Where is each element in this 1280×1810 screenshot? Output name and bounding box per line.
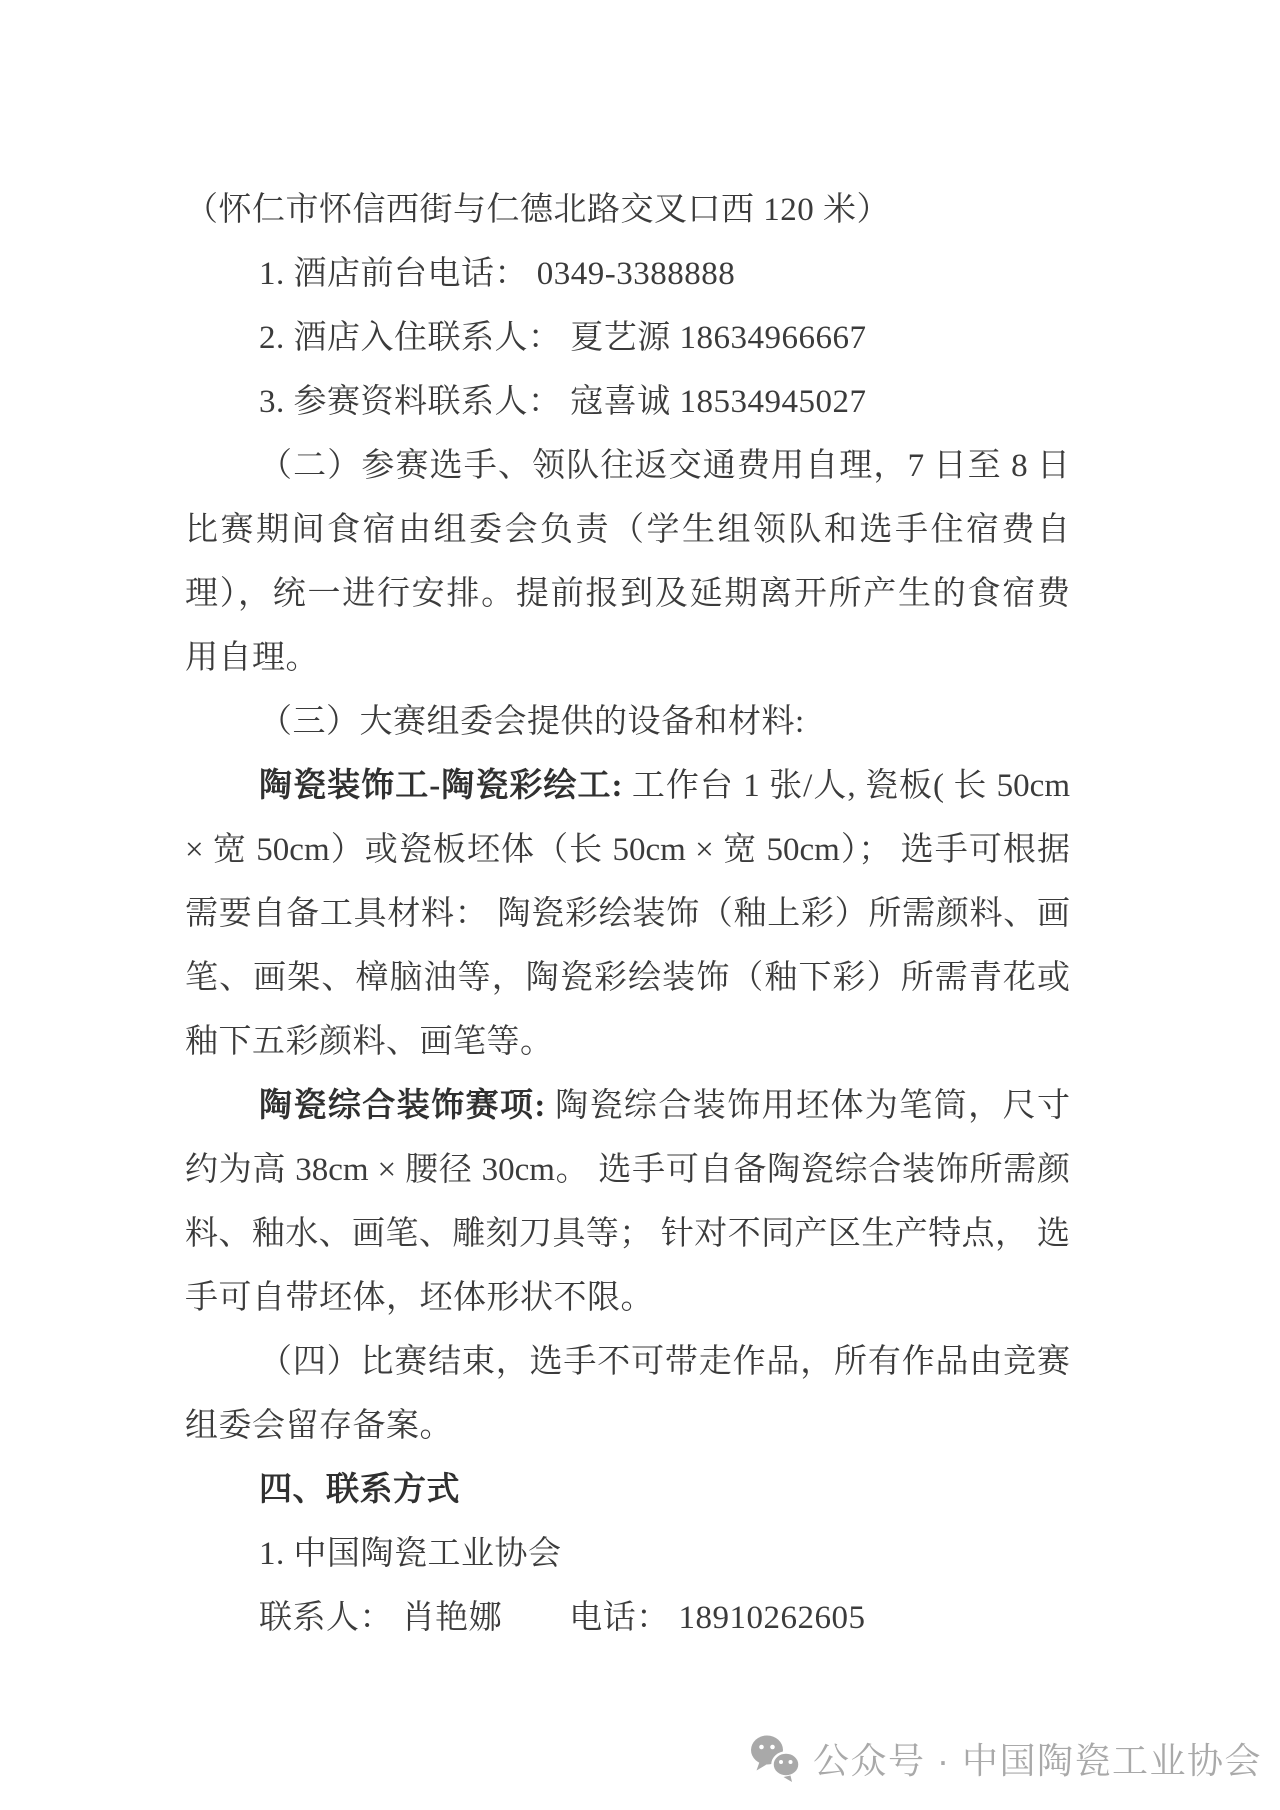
document-line: 2. 酒店入住联系人： 夏艺源 18634966667 — [185, 306, 1070, 370]
line-heading-segment: 陶瓷装饰工-陶瓷彩绘工: — [259, 768, 623, 804]
document-line: 笔、画架、樟脑油等，陶瓷彩绘装饰（釉下彩）所需青花或 — [185, 946, 1070, 1010]
document-line: 3. 参赛资料联系人： 寇喜诚 18534945027 — [185, 370, 1070, 434]
document-line: （四）比赛结束，选手不可带走作品，所有作品由竞赛 — [185, 1330, 1070, 1394]
document-line: 1. 酒店前台电话： 0349-3388888 — [185, 242, 1070, 306]
document-line: 1. 中国陶瓷工业协会 — [185, 1522, 1070, 1586]
wechat-footer: 公众号 · 中国陶瓷工业协会 — [750, 1729, 1262, 1787]
line-text-segment: 工作台 1 张/人, 瓷板( 长 50cm — [623, 768, 1070, 804]
document-line: 需要自备工具材料： 陶瓷彩绘装饰（釉上彩）所需颜料、画 — [185, 882, 1070, 946]
document-line: （三）大赛组委会提供的设备和材料: — [185, 690, 1070, 754]
document-line: 比赛期间食宿由组委会负责（学生组领队和选手住宿费自 — [185, 498, 1070, 562]
document-line: × 宽 50cm）或瓷板坯体（长 50cm × 宽 50cm）； 选手可根据 — [185, 818, 1070, 882]
line-text-segment: 陶瓷综合装饰用坯体为笔筒，尺寸 — [545, 1088, 1070, 1124]
wechat-icon — [750, 1734, 802, 1782]
document-line: 四、联系方式 — [185, 1458, 1070, 1522]
wechat-account-label: 公众号 · 中国陶瓷工业协会 — [813, 1733, 1262, 1784]
document-line: 组委会留存备案。 — [185, 1394, 1070, 1458]
document-page: （怀仁市怀信西街与仁德北路交叉口西 120 米）1. 酒店前台电话： 0349-… — [0, 0, 1280, 1810]
document-line: 用自理。 — [185, 626, 1070, 690]
document-line: 约为高 38cm × 腰径 30cm。 选手可自备陶瓷综合装饰所需颜 — [185, 1138, 1070, 1202]
document-body: （怀仁市怀信西街与仁德北路交叉口西 120 米）1. 酒店前台电话： 0349-… — [185, 178, 1070, 1650]
line-heading-segment: 陶瓷综合装饰赛项: — [259, 1088, 545, 1124]
document-line: 理），统一进行安排。提前报到及延期离开所产生的食宿费 — [185, 562, 1070, 626]
document-line: 釉下五彩颜料、画笔等。 — [185, 1010, 1070, 1074]
document-line: 手可自带坯体，坯体形状不限。 — [185, 1266, 1070, 1330]
document-line: （二）参赛选手、领队往返交通费用自理，7 日至 8 日 — [185, 434, 1070, 498]
document-line: （怀仁市怀信西街与仁德北路交叉口西 120 米） — [185, 178, 1070, 242]
document-line: 陶瓷综合装饰赛项: 陶瓷综合装饰用坯体为笔筒，尺寸 — [185, 1074, 1070, 1138]
document-line: 联系人： 肖艳娜 电话： 18910262605 — [185, 1586, 1070, 1650]
document-line: 料、釉水、画笔、雕刻刀具等； 针对不同产区生产特点， 选 — [185, 1202, 1070, 1266]
document-line: 陶瓷装饰工-陶瓷彩绘工: 工作台 1 张/人, 瓷板( 长 50cm — [185, 754, 1070, 818]
